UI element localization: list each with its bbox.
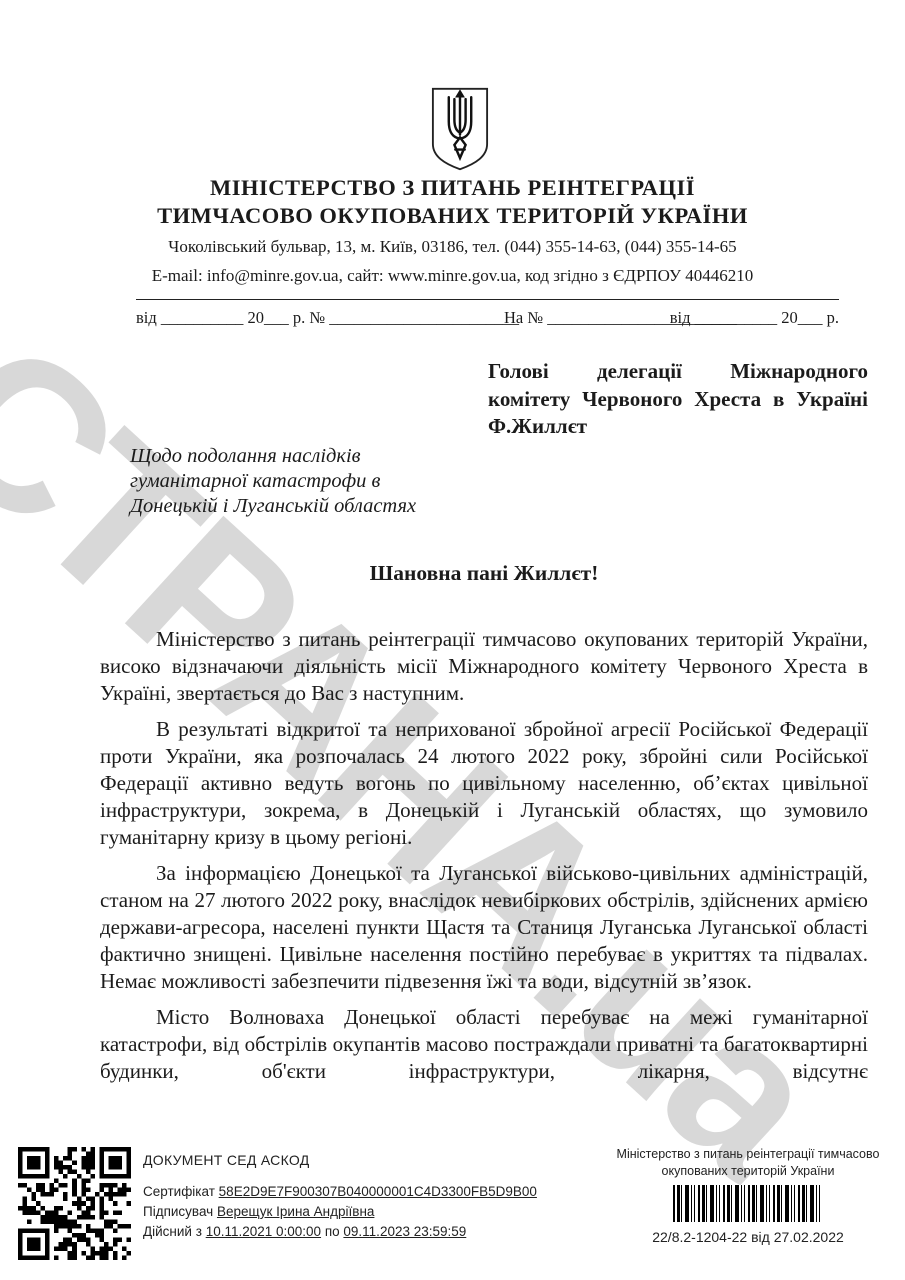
certificate-number: 58E2D9E7F900307B040000001C4D3300FB5D9B00 — [219, 1184, 537, 1199]
contacts-line: E-mail: info@minre.gov.ua, сайт: www.min… — [0, 266, 905, 286]
registration-number: 22/8.2-1204-22 від 27.02.2022 — [602, 1229, 894, 1246]
document-page: СТРАНА.ua МІНІСТЕРСТВО З ПИТАНЬ РЕІНТЕГР… — [0, 0, 905, 1280]
body-paragraph: Міністерство з питань реінтеграції тимча… — [100, 626, 868, 707]
validity-line: Дійсний з 10.11.2021 0:00:00 по 09.11.20… — [143, 1222, 537, 1242]
ministry-title-line1: МІНІСТЕРСТВО З ПИТАНЬ РЕІНТЕГРАЦІЇ — [0, 174, 905, 202]
outgoing-date-number-blank: від __________ 20___ р. № ______________… — [136, 308, 519, 328]
recipient-block: Голові делегації Міжнародного комітету Ч… — [488, 358, 868, 441]
signer-name: Верещук Ірина Андріївна — [217, 1204, 374, 1219]
body-paragraph: Місто Волноваха Донецької області перебу… — [100, 1004, 868, 1085]
qr-code — [18, 1147, 131, 1260]
registration-stamp: Міністерство з питань реінтеграції тимча… — [602, 1146, 894, 1246]
validity-to-label: по — [325, 1224, 340, 1239]
ukraine-trident-emblem — [428, 86, 492, 172]
certificate-label: Сертифікат — [143, 1184, 215, 1199]
recipient-line: комітету Червоного Хреста в Україні — [488, 386, 868, 414]
letterhead: МІНІСТЕРСТВО З ПИТАНЬ РЕІНТЕГРАЦІЇ ТИМЧА… — [0, 0, 905, 286]
organization-name: Міністерство з питань реінтеграції тимча… — [602, 1146, 894, 1180]
document-system-label: ДОКУМЕНТ СЕД АСКОД — [143, 1150, 537, 1170]
signer-label: Підписувач — [143, 1204, 213, 1219]
header-divider — [136, 299, 839, 300]
signature-stamp: ДОКУМЕНТ СЕД АСКОД Сертифікат 58E2D9E7F9… — [143, 1150, 537, 1242]
address-line: Чоколівський бульвар, 13, м. Київ, 03186… — [0, 237, 905, 257]
barcode — [673, 1185, 823, 1222]
reference-row: від __________ 20___ р. № ______________… — [136, 308, 839, 328]
subject-block: Щодо подолання наслідків гуманітарної ка… — [130, 444, 460, 519]
recipient-line: Голові делегації Міжнародного — [488, 358, 868, 386]
validity-from-date: 10.11.2021 0:00:00 — [206, 1224, 321, 1239]
incoming-date-blank: від __________ 20___ р. — [670, 308, 839, 328]
signer-line: Підписувач Верещук Ірина Андріївна — [143, 1202, 537, 1222]
validity-from-label: Дійсний з — [143, 1224, 202, 1239]
ministry-title: МІНІСТЕРСТВО З ПИТАНЬ РЕІНТЕГРАЦІЇ ТИМЧА… — [0, 174, 905, 230]
certificate-line: Сертифікат 58E2D9E7F900307B040000001C4D3… — [143, 1182, 537, 1202]
recipient-name: Ф.Жиллєт — [488, 413, 868, 441]
salutation: Шановна пані Жиллєт! — [100, 561, 868, 586]
ministry-title-line2: ТИМЧАСОВО ОКУПОВАНИХ ТЕРИТОРІЙ УКРАЇНИ — [0, 202, 905, 230]
validity-to-date: 09.11.2023 23:59:59 — [343, 1224, 466, 1239]
body-paragraph: За інформацією Донецької та Луганської в… — [100, 860, 868, 995]
body-paragraph: В результаті відкритої та неприхованої з… — [100, 716, 868, 851]
